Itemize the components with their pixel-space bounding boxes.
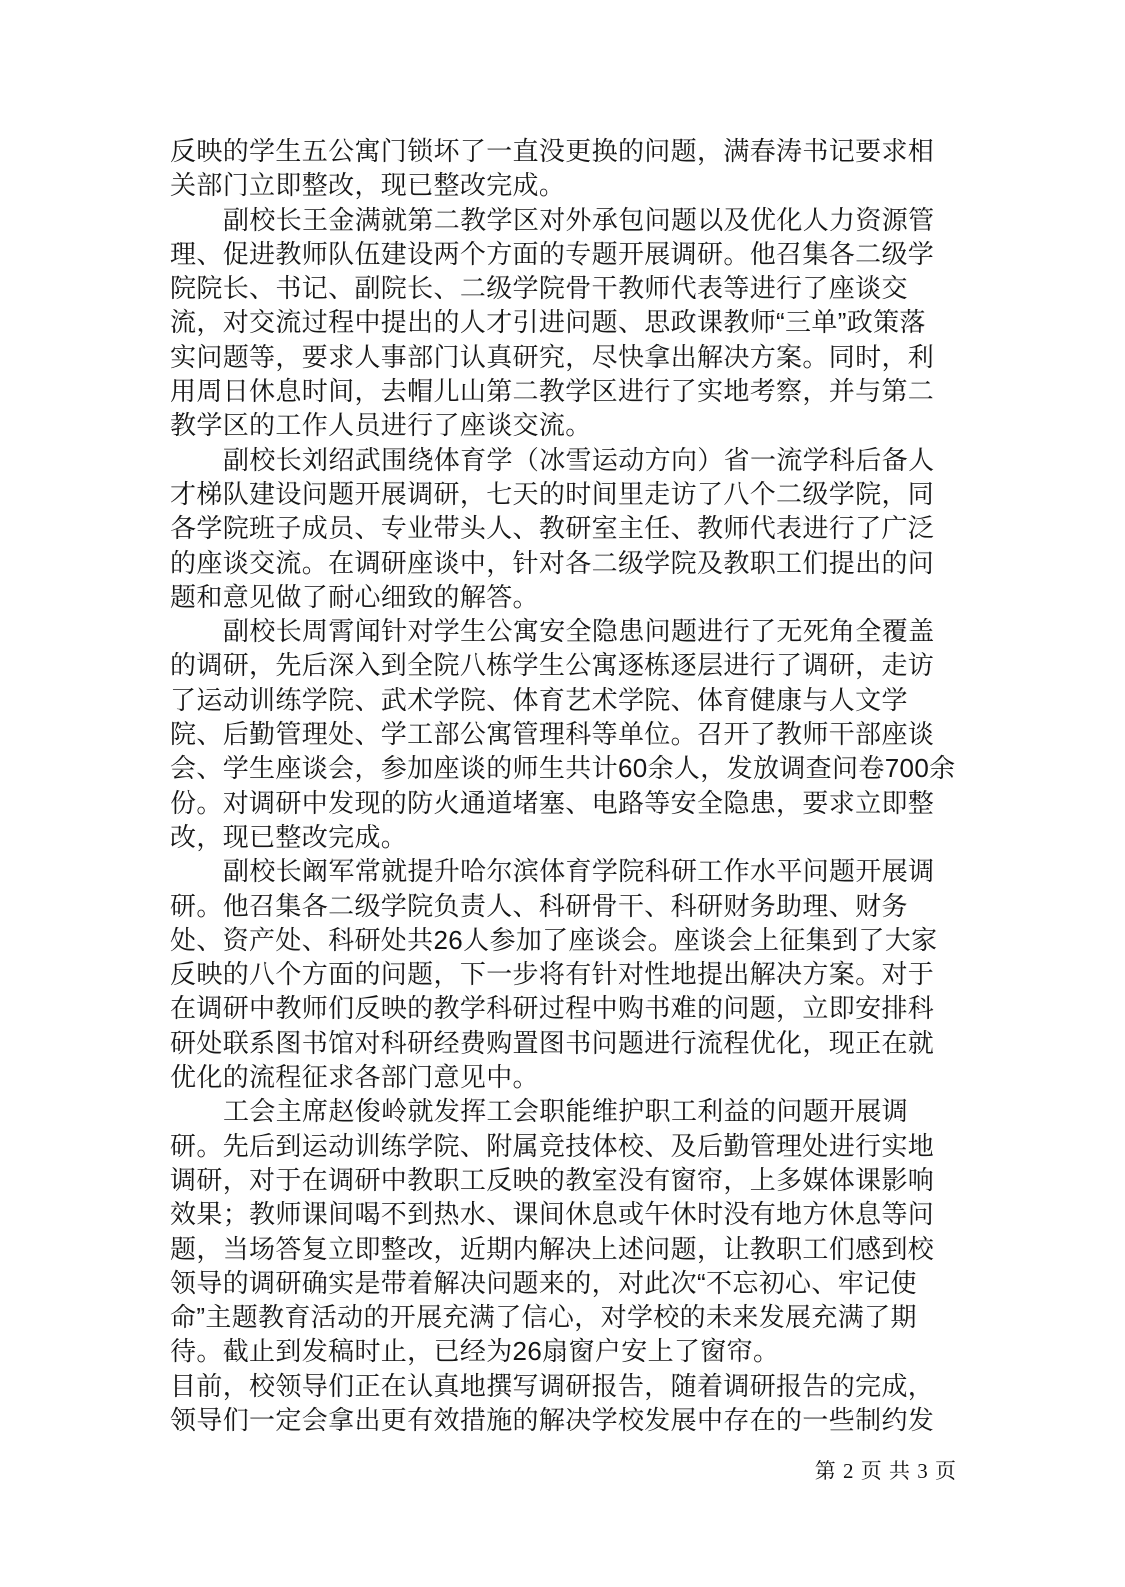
text-line: 反映的学生五公寓门锁坏了一直没更换的问题，满春涛书记要求相: [170, 134, 942, 168]
text-line: 反映的八个方面的问题，下一步将有针对性地提出解决方案。对于: [170, 957, 942, 991]
text-line: 命”主题教育活动的开展充满了信心，对学校的未来发展充满了期: [170, 1300, 942, 1334]
text-line: 实问题等，要求人事部门认真研究，尽快拿出解决方案。同时，利: [170, 340, 942, 374]
paragraph: 副校长王金满就第二教学区对外承包问题以及优化人力资源管理、促进教师队伍建设两个方…: [170, 203, 942, 443]
text-line: 题，当场答复立即整改，近期内解决上述问题，让教职工们感到校: [170, 1232, 942, 1266]
text-line: 在调研中教师们反映的教学科研过程中购书难的问题，立即安排科: [170, 991, 942, 1025]
text-line: 改，现已整改完成。: [170, 820, 942, 854]
document-body: 反映的学生五公寓门锁坏了一直没更换的问题，满春涛书记要求相关部门立即整改，现已整…: [170, 134, 942, 1437]
text-line: 题和意见做了耐心细致的解答。: [170, 580, 942, 614]
text-line: 研。先后到运动训练学院、附属竞技体校、及后勤管理处进行实地: [170, 1129, 942, 1163]
text-line: 调研，对于在调研中教职工反映的教室没有窗帘，上多媒体课影响: [170, 1163, 942, 1197]
text-line: 效果；教师课间喝不到热水、课间休息或午休时没有地方休息等问: [170, 1197, 942, 1231]
paragraph: 反映的学生五公寓门锁坏了一直没更换的问题，满春涛书记要求相关部门立即整改，现已整…: [170, 134, 942, 203]
text-line: 的调研，先后深入到全院八栋学生公寓逐栋逐层进行了调研，走访: [170, 648, 942, 682]
text-line: 流，对交流过程中提出的人才引进问题、思政课教师“三单”政策落: [170, 305, 942, 339]
text-line: 教学区的工作人员进行了座谈交流。: [170, 408, 942, 442]
text-line: 处、资产处、科研处共26人参加了座谈会。座谈会上征集到了大家: [170, 923, 942, 957]
paragraph: 副校长周霄闻针对学生公寓安全隐患问题进行了无死角全覆盖的调研，先后深入到全院八栋…: [170, 614, 942, 854]
page-number-footer: 第 2 页 共 3 页: [815, 1457, 957, 1485]
text-line: 副校长周霄闻针对学生公寓安全隐患问题进行了无死角全覆盖: [170, 614, 942, 648]
text-line: 院、后勤管理处、学工部公寓管理科等单位。召开了教师干部座谈: [170, 717, 942, 751]
text-line: 副校长王金满就第二教学区对外承包问题以及优化人力资源管: [170, 203, 942, 237]
text-line: 用周日休息时间，去帽儿山第二教学区进行了实地考察，并与第二: [170, 374, 942, 408]
text-line: 领导们一定会拿出更有效措施的解决学校发展中存在的一些制约发: [170, 1403, 942, 1437]
text-line: 份。对调研中发现的防火通道堵塞、电路等安全隐患，要求立即整: [170, 786, 942, 820]
paragraph: 副校长刘绍武围绕体育学（冰雪运动方向）省一流学科后备人才梯队建设问题开展调研，七…: [170, 443, 942, 614]
text-line: 工会主席赵俊岭就发挥工会职能维护职工利益的问题开展调: [170, 1094, 942, 1128]
text-line: 待。截止到发稿时止，已经为26扇窗户安上了窗帘。: [170, 1334, 942, 1368]
document-page: 反映的学生五公寓门锁坏了一直没更换的问题，满春涛书记要求相关部门立即整改，现已整…: [0, 0, 1125, 1587]
paragraph: 目前，校领导们正在认真地撰写调研报告，随着调研报告的完成，领导们一定会拿出更有效…: [170, 1369, 942, 1438]
text-line: 才梯队建设问题开展调研，七天的时间里走访了八个二级学院，同: [170, 477, 942, 511]
text-line: 目前，校领导们正在认真地撰写调研报告，随着调研报告的完成，: [170, 1369, 942, 1403]
text-line: 各学院班子成员、专业带头人、教研室主任、教师代表进行了广泛: [170, 511, 942, 545]
text-line: 研处联系图书馆对科研经费购置图书问题进行流程优化，现正在就: [170, 1026, 942, 1060]
text-line: 副校长刘绍武围绕体育学（冰雪运动方向）省一流学科后备人: [170, 443, 942, 477]
text-line: 理、促进教师队伍建设两个方面的专题开展调研。他召集各二级学: [170, 237, 942, 271]
text-line: 了运动训练学院、武术学院、体育艺术学院、体育健康与人文学: [170, 683, 942, 717]
text-line: 研。他召集各二级学院负责人、科研骨干、科研财务助理、财务: [170, 889, 942, 923]
paragraph: 副校长阚军常就提升哈尔滨体育学院科研工作水平问题开展调研。他召集各二级学院负责人…: [170, 854, 942, 1094]
text-line: 关部门立即整改，现已整改完成。: [170, 168, 942, 202]
text-line: 会、学生座谈会，参加座谈的师生共计60余人，发放调查问卷700余: [170, 751, 942, 785]
text-line: 院院长、书记、副院长、二级学院骨干教师代表等进行了座谈交: [170, 271, 942, 305]
text-line: 副校长阚军常就提升哈尔滨体育学院科研工作水平问题开展调: [170, 854, 942, 888]
text-line: 的座谈交流。在调研座谈中，针对各二级学院及教职工们提出的问: [170, 546, 942, 580]
paragraph: 工会主席赵俊岭就发挥工会职能维护职工利益的问题开展调研。先后到运动训练学院、附属…: [170, 1094, 942, 1368]
text-line: 优化的流程征求各部门意见中。: [170, 1060, 942, 1094]
text-line: 领导的调研确实是带着解决问题来的，对此次“不忘初心、牢记使: [170, 1266, 942, 1300]
